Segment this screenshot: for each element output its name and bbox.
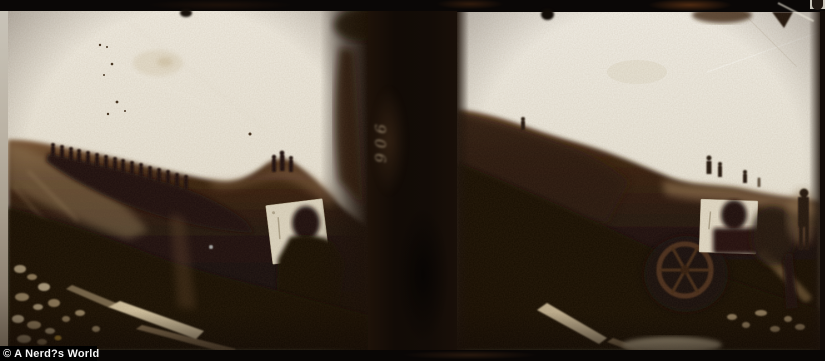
watermark-text: © A Nerd?s World [0,348,99,360]
watermark-bar: © A Nerd?s World [0,346,97,361]
divider-blotch-dark [398,210,448,340]
right-vignette [457,12,820,350]
left-border-strip [0,9,8,349]
center-divider: 906 [368,0,457,361]
top-right-corner-blob [812,0,823,10]
right-border-strip [820,0,825,361]
top-frame-band [0,0,825,11]
bottom-frame-band [0,350,825,361]
stereograph-scan: 906 [0,0,825,361]
left-photo [8,11,368,350]
plate-marking: 906 [369,115,389,177]
emulsion-drip-left [180,9,192,17]
left-vignette [8,11,368,350]
right-photo [457,12,820,350]
emulsion-drip-right [541,9,554,20]
